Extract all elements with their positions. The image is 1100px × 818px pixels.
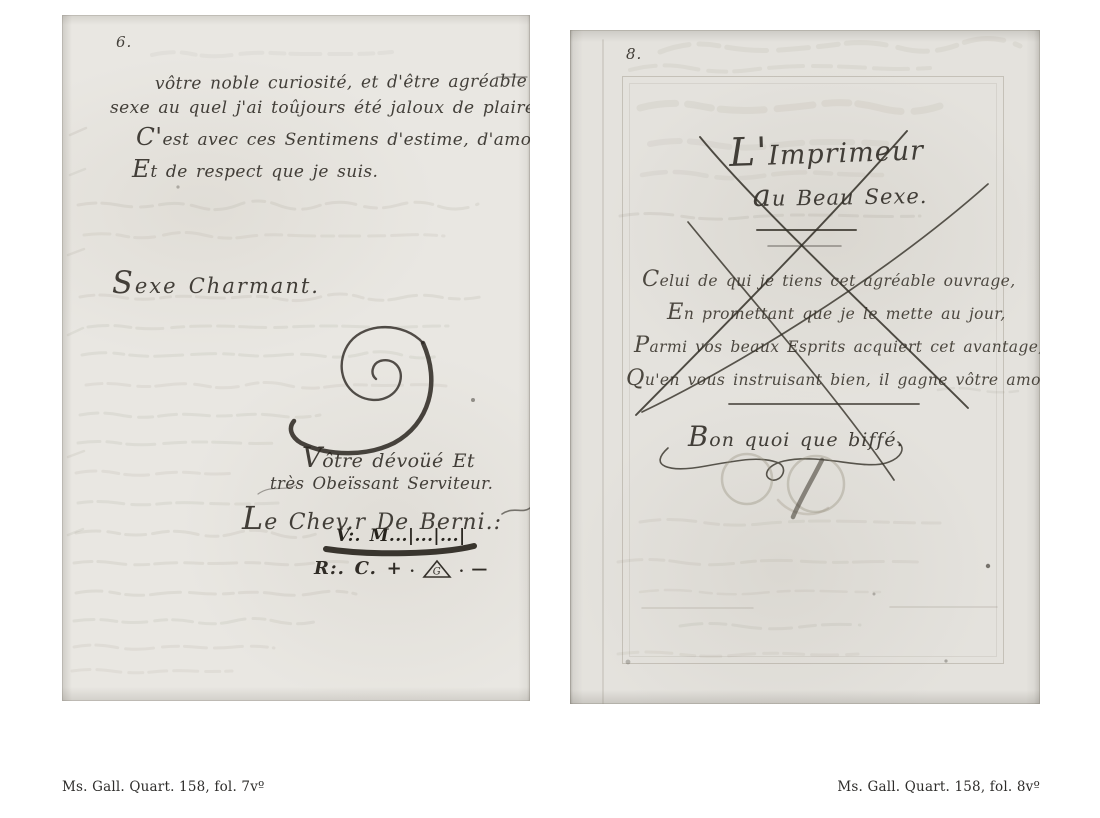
closing-line: Vôtre dévoüé Et — [302, 443, 475, 473]
masonic-abbreviation-line: V:. M...|...|...| — [336, 527, 466, 546]
body-line: Et de respect que je suis. — [132, 155, 378, 182]
approval-note: Bon quoi que biffé. — [688, 422, 904, 452]
folio-number-left: 6. — [116, 34, 132, 51]
heavy-underline-flourish — [326, 546, 474, 553]
verse-line: Parmi vos beaux Esprits acquiert cet ava… — [634, 333, 1040, 358]
masonic-triangle-icon: G — [422, 558, 452, 580]
masonic-dot: . — [459, 561, 464, 576]
heading-line: L'Imprimeur — [728, 125, 924, 175]
caption-left-folio: Ms. Gall. Quart. 158, fol. 7vº — [62, 779, 265, 795]
folio-number-right: 8. — [626, 46, 642, 63]
verse-line: Celui de qui je tiens cet agréable ouvra… — [642, 267, 1016, 292]
masonic-dot: . — [410, 561, 415, 576]
salutation-line: Sexe Charmant. — [112, 267, 320, 300]
closing-line: très Obeïssant Serviteur. — [270, 475, 493, 493]
masonic-rc-text: R:. C. + — [314, 559, 403, 579]
caption-right-folio: Ms. Gall. Quart. 158, fol. 8vº — [740, 779, 1040, 795]
manuscript-page-right: 8. L'Imprimeur au Beau Sexe. Celui de qu… — [570, 30, 1040, 704]
body-line: sexe au quel j'ai toûjours été jaloux de… — [110, 99, 530, 118]
scan-canvas: 6. vôtre noble curiosité, et d'être agré… — [0, 0, 1100, 818]
masonic-triangle-letter: G — [433, 567, 441, 578]
masonic-symbols-row: R:. C. + . G . — — [314, 558, 488, 580]
body-line: vôtre noble curiosité, et d'être agréabl… — [155, 72, 530, 94]
verse-line: En promettant que je le mette au jour, — [667, 300, 1006, 325]
verse-line: Qu'en vous instruisant bien, il gagne vô… — [626, 366, 1040, 391]
body-line: C'est avec ces Sentimens d'estime, d'amo… — [136, 123, 530, 150]
manuscript-page-left: 6. vôtre noble curiosité, et d'être agré… — [62, 15, 530, 701]
heading-line: au Beau Sexe. — [752, 177, 927, 214]
masonic-dash: — — [471, 560, 487, 578]
large-spiral-flourish — [291, 343, 431, 453]
